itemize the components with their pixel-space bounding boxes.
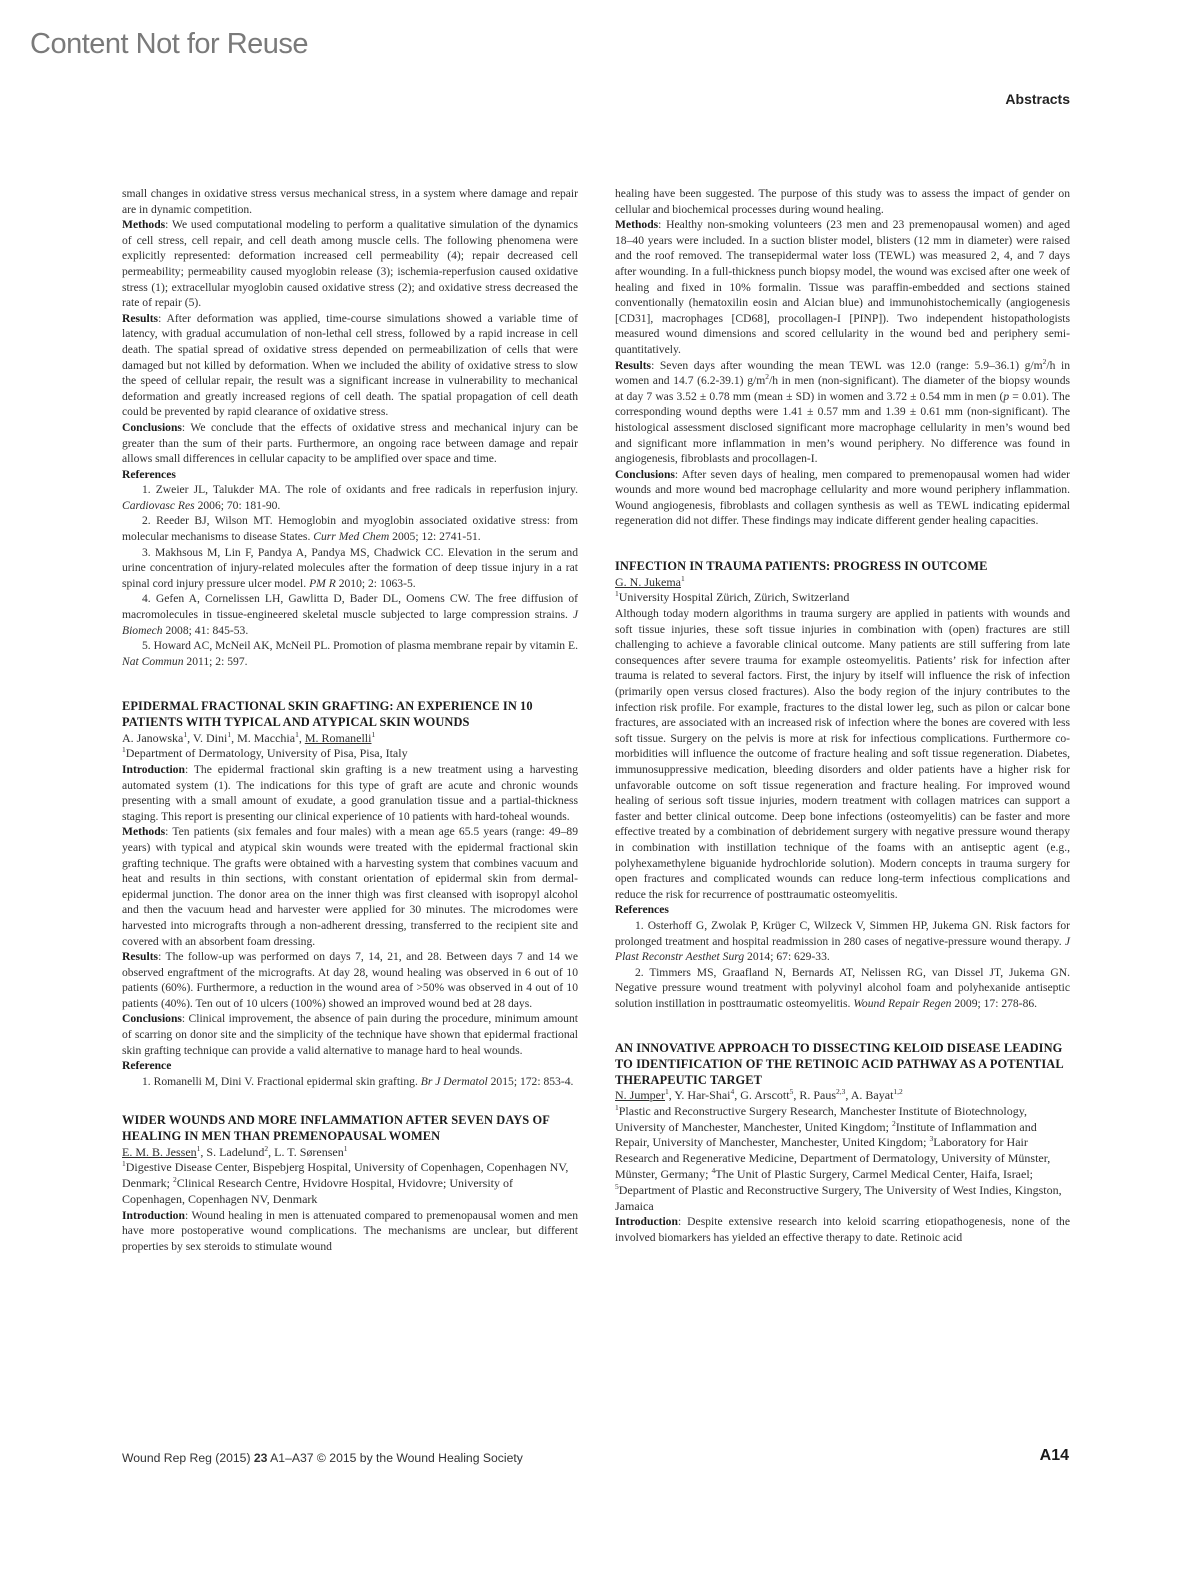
volume-number: 23 [254, 1451, 268, 1465]
presenting-author: E. M. B. Jessen [122, 1145, 197, 1159]
abstract-title: EPIDERMAL FRACTIONAL SKIN GRAFTING: AN E… [122, 699, 578, 730]
methods-paragraph: Methods: We used computational modeling … [122, 217, 578, 311]
references-heading: References [615, 902, 1070, 918]
reference-item: 5. Howard AC, McNeil AK, McNeil PL. Prom… [122, 638, 578, 669]
reference-item: 1. Romanelli M, Dini V. Fractional epide… [122, 1074, 578, 1090]
journal-name: Cardiovasc Res [122, 499, 195, 512]
author-list: G. N. Jukema1 [615, 575, 1070, 591]
methods-paragraph: Methods: Ten patients (six females and f… [122, 824, 578, 949]
results-paragraph: Results: Seven days after wounding the m… [615, 358, 1070, 467]
introduction-paragraph: Introduction: Wound healing in men is at… [122, 1208, 578, 1255]
presenting-author: N. Jumper [615, 1088, 665, 1102]
methods-paragraph: Methods: Healthy non-smoking volunteers … [615, 217, 1070, 357]
presenting-author: M. Romanelli [305, 731, 372, 745]
journal-name: Br J Dermatol [421, 1075, 488, 1088]
affiliation: 1Digestive Disease Center, Bispebjerg Ho… [122, 1160, 578, 1207]
reference-item: 1. Osterhoff G, Zwolak P, Krüger C, Wilz… [615, 918, 1070, 965]
results-paragraph: Results: After deformation was applied, … [122, 311, 578, 420]
abstract-keloid: AN INNOVATIVE APPROACH TO DISSECTING KEL… [615, 1041, 1070, 1245]
reference-item: 4. Gefen A, Cornelissen LH, Gawlitta D, … [122, 591, 578, 638]
abstract-oxidative-continuation: small changes in oxidative stress versus… [122, 186, 578, 669]
introduction-paragraph: Introduction: Despite extensive research… [615, 1214, 1070, 1245]
affiliation: 1Department of Dermatology, University o… [122, 746, 578, 762]
conclusions-paragraph: Conclusions: Clinical improvement, the a… [122, 1011, 578, 1058]
references-heading: References [122, 467, 578, 483]
abstract-title: WIDER WOUNDS AND MORE INFLAMMATION AFTER… [122, 1113, 578, 1144]
results-label: Results [122, 312, 158, 325]
results-text: : After deformation was applied, time-co… [122, 312, 578, 419]
results-paragraph: Results: The follow-up was performed on … [122, 949, 578, 1011]
introduction-paragraph: Introduction: The epidermal fractional s… [122, 762, 578, 824]
affiliation: 1Plastic and Reconstructive Surgery Rese… [615, 1104, 1070, 1215]
conclusions-text: : We conclude that the effects of oxidat… [122, 421, 578, 465]
intro-tail: small changes in oxidative stress versus… [122, 186, 578, 217]
abstract-skin-grafting: EPIDERMAL FRACTIONAL SKIN GRAFTING: AN E… [122, 699, 578, 1089]
methods-label: Methods [122, 218, 165, 231]
abstract-gender-wounds: WIDER WOUNDS AND MORE INFLAMMATION AFTER… [122, 1113, 578, 1254]
journal-name: Curr Med Chem [313, 530, 389, 543]
author-list: E. M. B. Jessen1, S. Ladelund2, L. T. Sø… [122, 1145, 578, 1161]
references-heading: Reference [122, 1058, 578, 1074]
conclusions-paragraph: Conclusions: We conclude that the effect… [122, 420, 578, 467]
author-list: A. Janowska1, V. Dini1, M. Macchia1, M. … [122, 731, 578, 747]
left-column: small changes in oxidative stress versus… [122, 186, 578, 1254]
abstract-title: INFECTION IN TRAUMA PATIENTS: PROGRESS I… [615, 559, 1070, 575]
abstract-gender-continuation: healing have been suggested. The purpose… [615, 186, 1070, 529]
methods-text: : We used computational modeling to perf… [122, 218, 578, 309]
affiliation: 1University Hospital Zürich, Zürich, Swi… [615, 590, 1070, 606]
right-column: healing have been suggested. The purpose… [615, 186, 1070, 1246]
journal-citation: Wound Rep Reg (2015) 23 A1–A37 © 2015 by… [122, 1451, 523, 1465]
body-paragraph: Although today modern algorithms in trau… [615, 606, 1070, 902]
reference-item: 2. Timmers MS, Graafland N, Bernards AT,… [615, 965, 1070, 1012]
abstract-trauma-infection: INFECTION IN TRAUMA PATIENTS: PROGRESS I… [615, 559, 1070, 1011]
reference-item: 2. Reeder BJ, Wilson MT. Hemoglobin and … [122, 513, 578, 544]
author-list: N. Jumper1, Y. Har-Shai4, G. Arscott5, R… [615, 1088, 1070, 1104]
journal-name: PM R [309, 577, 336, 590]
presenting-author: G. N. Jukema [615, 575, 681, 589]
journal-name: Nat Commun [122, 655, 184, 668]
page-number: A14 [1040, 1447, 1069, 1465]
intro-tail: healing have been suggested. The purpose… [615, 186, 1070, 217]
conclusions-paragraph: Conclusions: After seven days of healing… [615, 467, 1070, 529]
watermark: Content Not for Reuse [30, 28, 308, 61]
conclusions-label: Conclusions [122, 421, 182, 434]
running-head: Abstracts [1005, 91, 1070, 107]
reference-item: 1. Zweier JL, Talukder MA. The role of o… [122, 482, 578, 513]
journal-name: Wound Repair Regen [853, 997, 951, 1010]
abstract-title: AN INNOVATIVE APPROACH TO DISSECTING KEL… [615, 1041, 1070, 1088]
reference-item: 3. Makhsous M, Lin F, Pandya A, Pandya M… [122, 545, 578, 592]
